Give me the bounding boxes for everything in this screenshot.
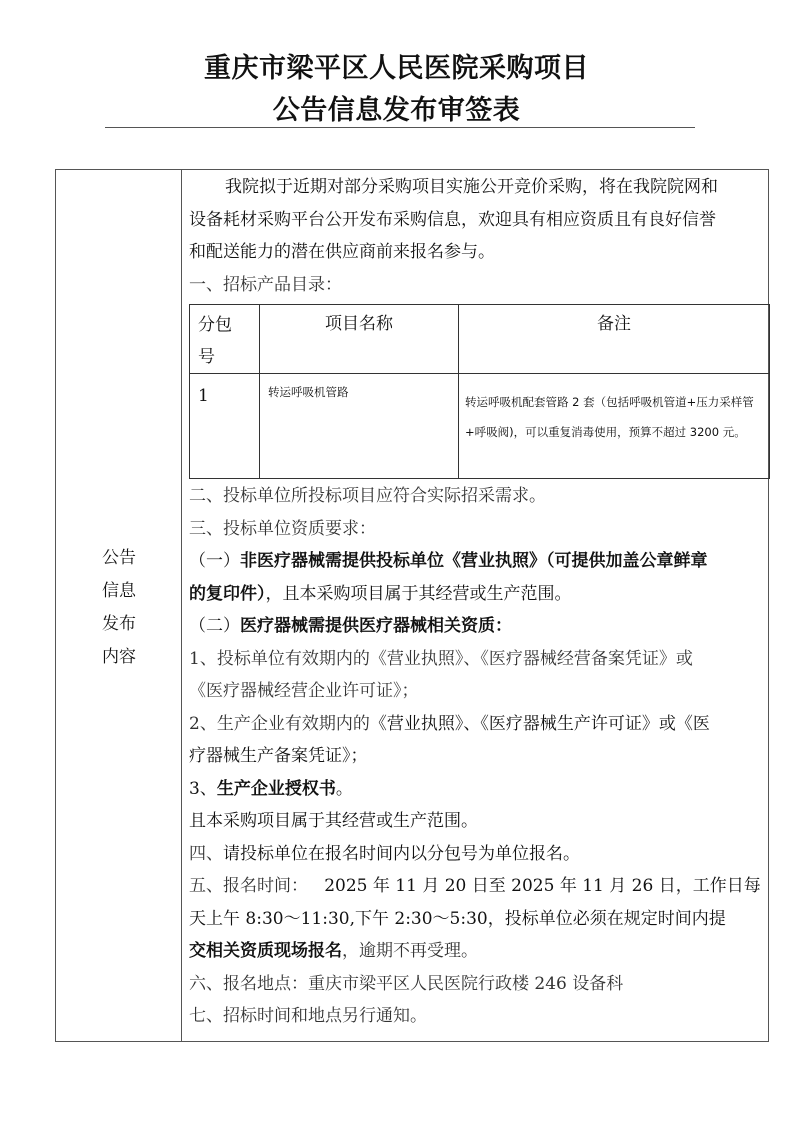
header-remark: 备注 [459, 305, 770, 374]
text: （一） [189, 551, 240, 571]
cell-package-no: 1 [190, 374, 260, 479]
text: 请投标单位在报名时间内以分包号为单位报名。 [223, 844, 580, 864]
text: 四、 [189, 844, 223, 864]
text: 3、 [189, 779, 217, 799]
approval-form-table: 公告 信息 发布 内容 我院拟于近期对部分采购项目实施公开竞价采购，将在我院院网… [55, 169, 769, 1042]
section-6: 六、报名地点：重庆市梁平区人民医院行政楼 246 设备科 [189, 968, 761, 1001]
requirements-section: 二、投标单位所投标项目应符合实际招采需求。 三、投标单位资质要求： （一）非医疗… [189, 480, 761, 1033]
text: 五、报名时间： [189, 876, 308, 896]
header-project-name: 项目名称 [260, 305, 459, 374]
product-table-header: 分包 号 项目名称 备注 [190, 305, 770, 374]
row-label-line: 发布 [56, 608, 182, 641]
text-bold: 的复印件） [189, 584, 266, 604]
section-3: 三、投标单位资质要求： [189, 513, 761, 546]
section-2: 二、投标单位所投标项目应符合实际招采需求。 [189, 480, 761, 513]
section-5: 五、报名时间： 2025 年 11 月 20 日至 2025 年 11 月 26… [189, 870, 761, 903]
section-3-2: （二）医疗器械需提供医疗器械相关资质： [189, 610, 761, 643]
scope-line: 且本采购项目属于其经营或生产范围。 [189, 805, 761, 838]
item-3: 3、生产企业授权书。 [189, 773, 761, 806]
document-title-line1: 重庆市梁平区人民医院采购项目 [0, 46, 793, 85]
section-5-cont: 天上午 8:30～11:30,下午 2:30～5:30，投标单位必须在规定时间内… [189, 903, 761, 936]
cell-project-name: 转运呼吸机管路 [260, 374, 459, 479]
text: 2、生产企业有效期内的 [189, 714, 370, 734]
document-title-line2: 公告信息发布审签表 [0, 88, 793, 127]
header-text: 号 [198, 341, 259, 373]
row-label: 公告 信息 发布 内容 [56, 542, 182, 674]
header-text: 分包 [198, 309, 259, 341]
item-2-cont: 疗器械生产备案凭证》； [189, 740, 761, 773]
intro-line: 我院拟于近期对部分采购项目实施公开竞价采购，将在我院院网和 [189, 171, 768, 204]
text-bold: 非医疗器械需提供投标单位《营业执照》（可提供加盖公章鲜章 [240, 551, 708, 571]
announcement-content: 我院拟于近期对部分采购项目实施公开竞价采购，将在我院院网和 设备耗材采购平台公开… [182, 170, 768, 301]
row-label-line: 公告 [56, 542, 182, 575]
table-row: 1 转运呼吸机管路 转运呼吸机配套管路 2 套（包括呼吸机管道+压力采样管+呼吸… [190, 374, 770, 479]
row-label-line: 信息 [56, 575, 182, 608]
product-table: 分包 号 项目名称 备注 1 转运呼吸机管路 转运呼吸机配套管路 2 套（包括呼… [189, 304, 770, 479]
text: ，逾期不再受理。 [342, 941, 478, 961]
text: 。 [336, 779, 353, 799]
text: （二） [189, 616, 240, 636]
row-label-line: 内容 [56, 641, 182, 674]
title-divider [105, 127, 695, 128]
text-bold: 交相关资质现场报名 [189, 941, 342, 961]
text: ，且本采购项目属于其经营或生产范围。 [266, 584, 572, 604]
section-5-cont2: 交相关资质现场报名，逾期不再受理。 [189, 935, 761, 968]
section-7: 七、招标时间和地点另行通知。 [189, 1000, 761, 1033]
text: 《营业执照》、《医疗器械生产许可证》或《医 [370, 714, 710, 734]
intro-line: 和配送能力的潜在供应商前来报名参与。 [189, 236, 768, 269]
section-4: 四、请投标单位在报名时间内以分包号为单位报名。 [189, 838, 761, 871]
cell-remark: 转运呼吸机配套管路 2 套（包括呼吸机管道+压力采样管+呼吸阀)，可以重复消毒使… [459, 374, 770, 479]
text-bold: 生产企业授权书 [217, 779, 336, 799]
item-1-cont: 《医疗器械经营企业许可证》； [189, 675, 761, 708]
text: 2025 年 11 月 20 日至 2025 年 11 月 26 日，工作日每 [324, 876, 761, 896]
section-3-1: （一）非医疗器械需提供投标单位《营业执照》（可提供加盖公章鲜章 [189, 545, 761, 578]
text-bold: 医疗器械需提供医疗器械相关资质： [240, 616, 512, 636]
item-2: 2、生产企业有效期内的《营业执照》、《医疗器械生产许可证》或《医 [189, 708, 761, 741]
intro-line: 设备耗材采购平台公开发布采购信息，欢迎具有相应资质且有良好信誉 [189, 204, 768, 237]
section-heading-products: 一、招标产品目录： [189, 269, 768, 302]
label-column: 公告 信息 发布 内容 [56, 170, 182, 1041]
item-1: 1、投标单位有效期内的《营业执照》、《医疗器械经营备案凭证》或 [189, 643, 761, 676]
section-3-1-cont: 的复印件），且本采购项目属于其经营或生产范围。 [189, 578, 761, 611]
header-package-no: 分包 号 [190, 305, 260, 374]
